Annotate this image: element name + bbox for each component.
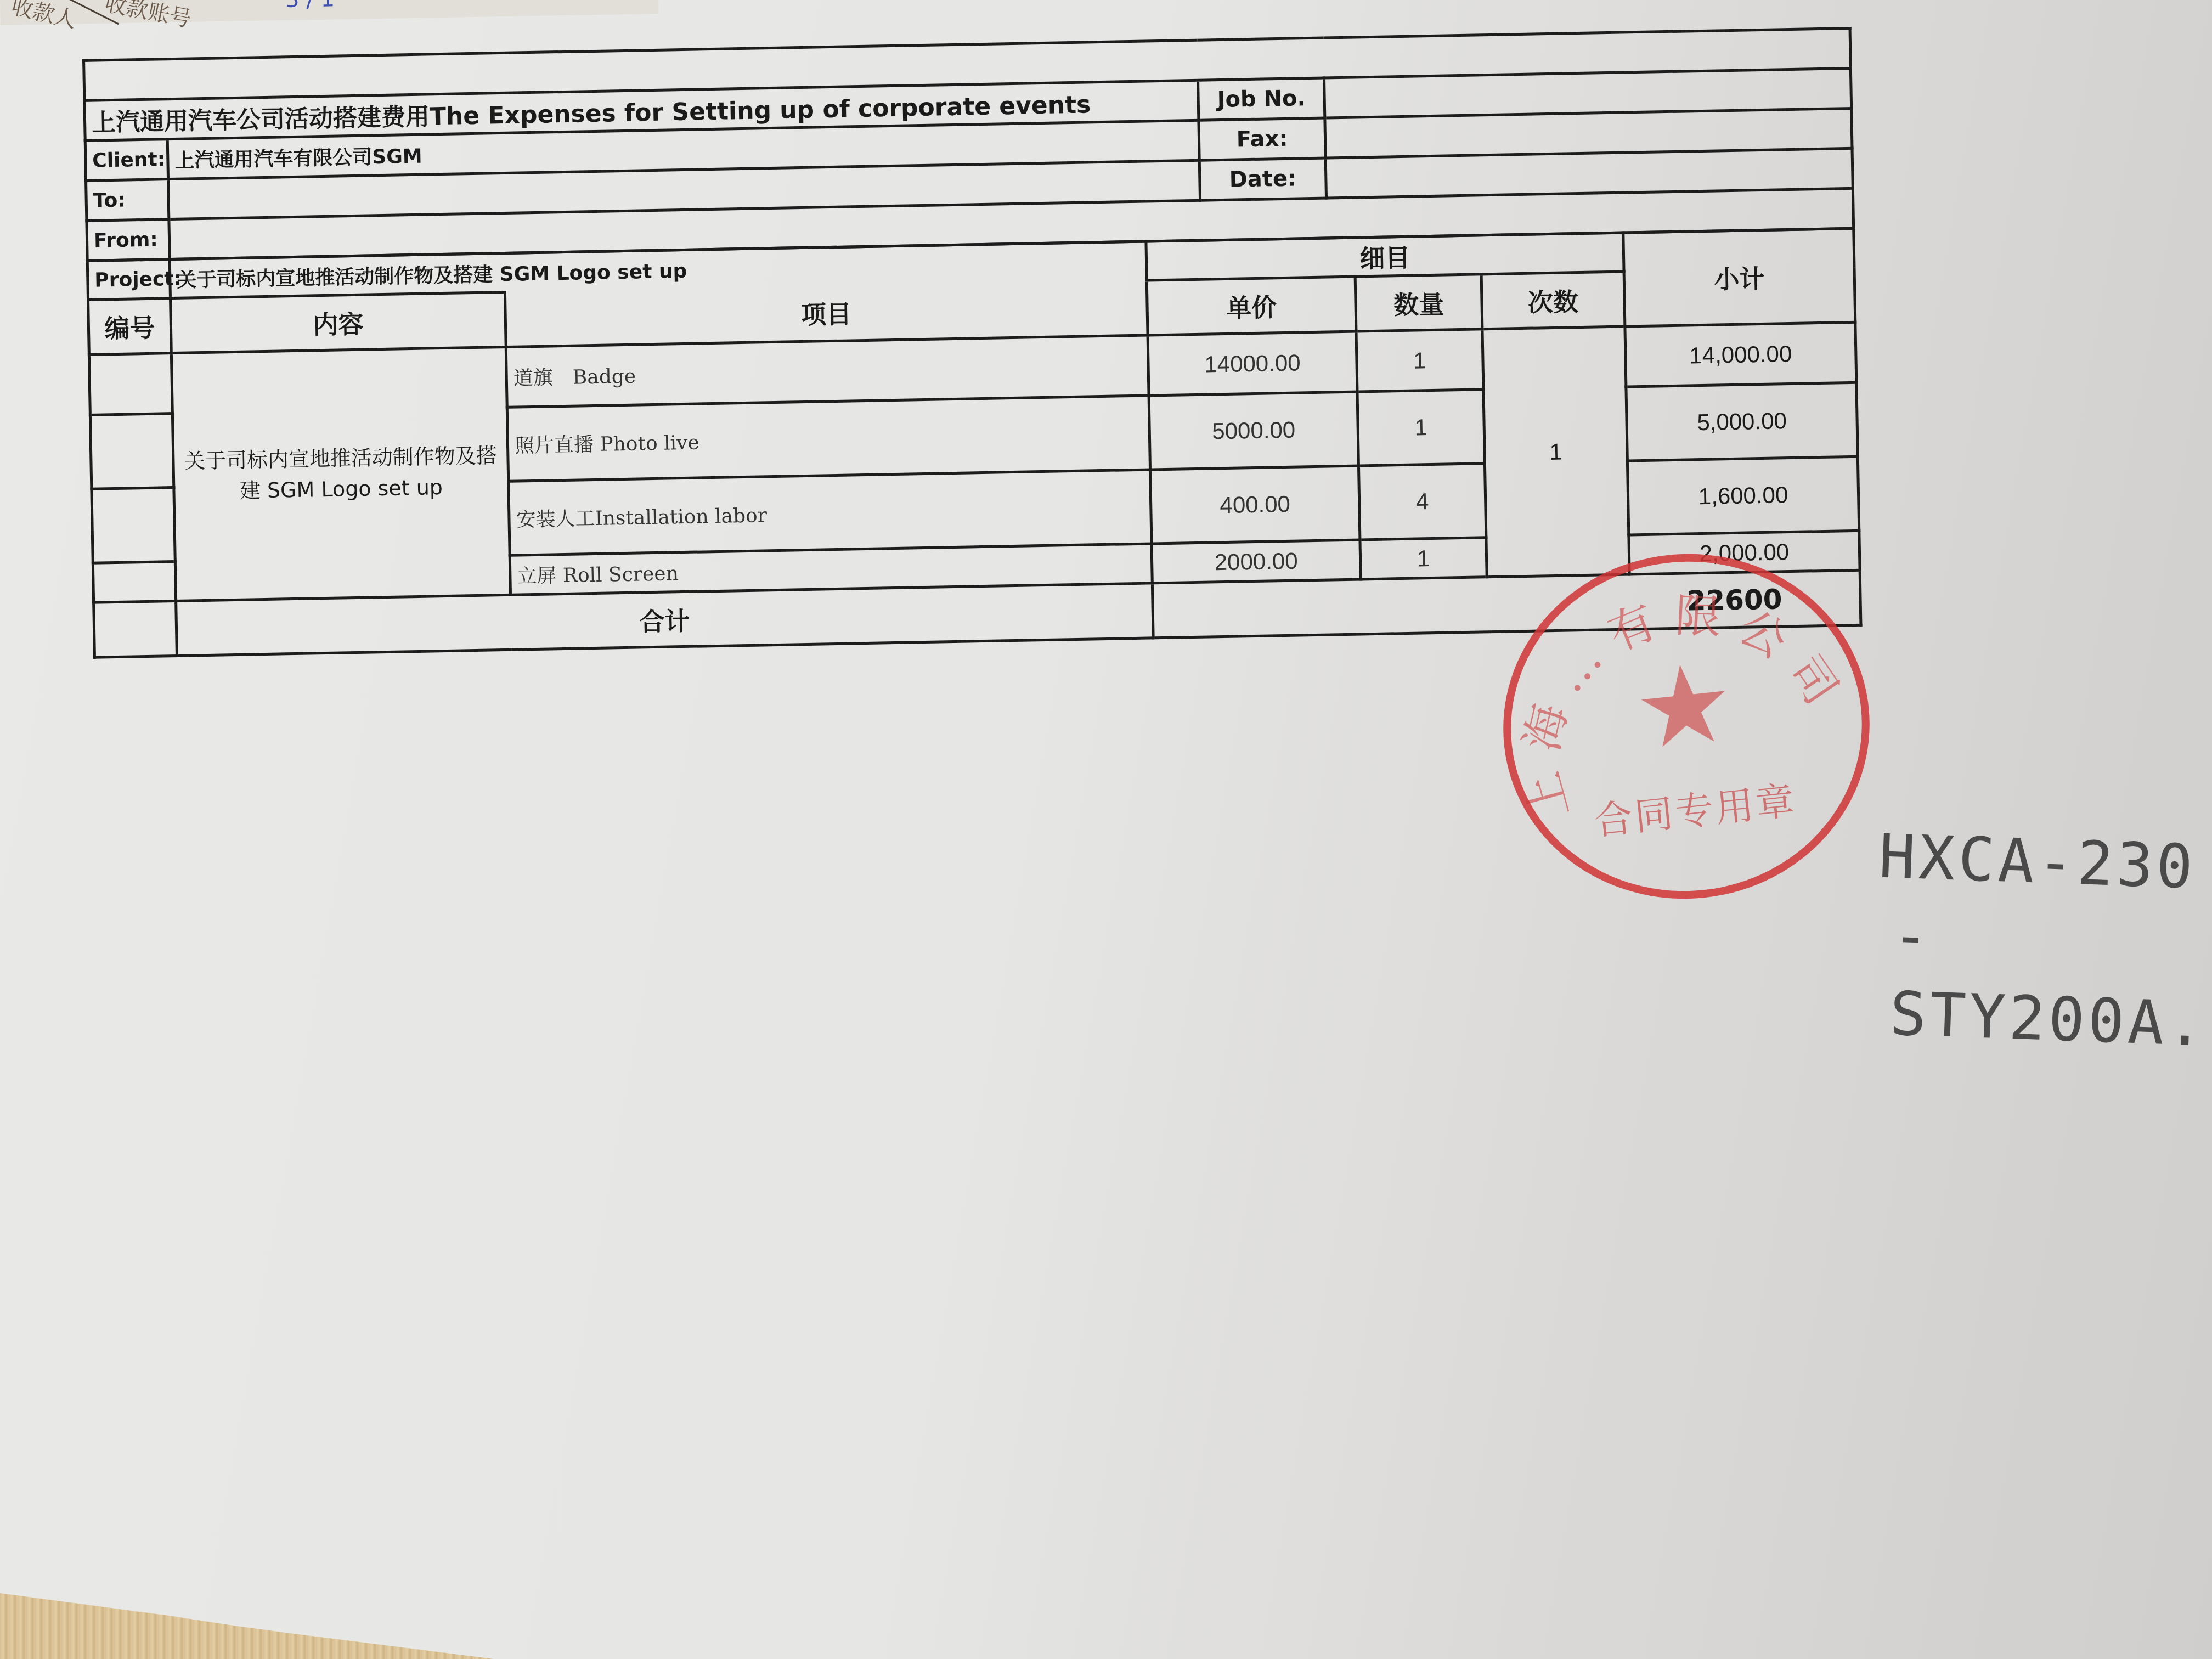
row-number	[93, 562, 176, 603]
row-unit-price: 2000.00	[1152, 540, 1361, 583]
row-quantity: 1	[1360, 538, 1487, 579]
row-item: 道旗 Badge	[506, 335, 1149, 407]
content-cell: 关于司标内宣地推活动制作物及搭建 SGM Logo set up	[171, 347, 510, 601]
row-quantity: 1	[1357, 390, 1485, 466]
header-times: 次数	[1481, 272, 1625, 329]
star-icon: ★	[1630, 647, 1739, 766]
row-unit-price: 5000.00	[1149, 392, 1358, 470]
header-quantity: 数量	[1355, 274, 1482, 331]
header-unit-price: 单价	[1147, 276, 1356, 335]
underlying-blue-fragment: 3 / 1	[285, 0, 335, 13]
row-item: 照片直播 Photo live	[507, 396, 1150, 481]
date-label: Date:	[1199, 158, 1326, 200]
project-label: Project:	[87, 259, 170, 300]
times-cell: 1	[1482, 326, 1629, 577]
from-label: From:	[87, 219, 170, 261]
handwritten-line-2: -STY200A.	[1872, 895, 2212, 1064]
handwritten-line-1: HXCA-230	[1878, 817, 2212, 907]
row-item: 安装人工Installation labor	[509, 470, 1152, 555]
row-subtotal: 5,000.00	[1626, 382, 1858, 461]
underlying-text-payee: 收款人	[9, 0, 80, 34]
form-header-table: 上汽通用汽车公司活动搭建费用The Expenses for Setting u…	[82, 27, 1855, 262]
row-quantity: 1	[1356, 329, 1483, 392]
fax-label: Fax:	[1199, 118, 1325, 160]
header-number: 编号	[88, 298, 172, 355]
row-unit-price: 400.00	[1150, 466, 1360, 544]
underlying-paper: 收款人 收款账号 3 / 1	[0, 0, 659, 25]
row-number	[89, 353, 172, 415]
header-subtotal: 小计	[1623, 228, 1855, 326]
handwritten-note: HXCA-230 -STY200A.	[1872, 817, 2212, 1064]
row-quantity: 4	[1358, 464, 1486, 540]
job-no-label: Job No.	[1198, 78, 1325, 120]
row-subtotal: 14,000.00	[1625, 322, 1857, 387]
expense-form: 上汽通用汽车公司活动搭建费用The Expenses for Setting u…	[82, 27, 1859, 659]
client-label: Client:	[85, 139, 168, 181]
wooden-table-surface	[0, 1593, 494, 1659]
header-content: 内容	[171, 292, 506, 353]
company-seal-stamp: 上 海 … 有 限 公 司 ★ 合同专用章	[1486, 536, 1887, 917]
underlying-text-account: 收款账号	[102, 0, 194, 33]
row-unit-price: 14000.00	[1148, 331, 1357, 396]
row-number	[92, 488, 175, 563]
row-subtotal: 1,600.00	[1627, 456, 1859, 535]
row-number	[90, 414, 173, 489]
to-label: To:	[86, 179, 169, 221]
